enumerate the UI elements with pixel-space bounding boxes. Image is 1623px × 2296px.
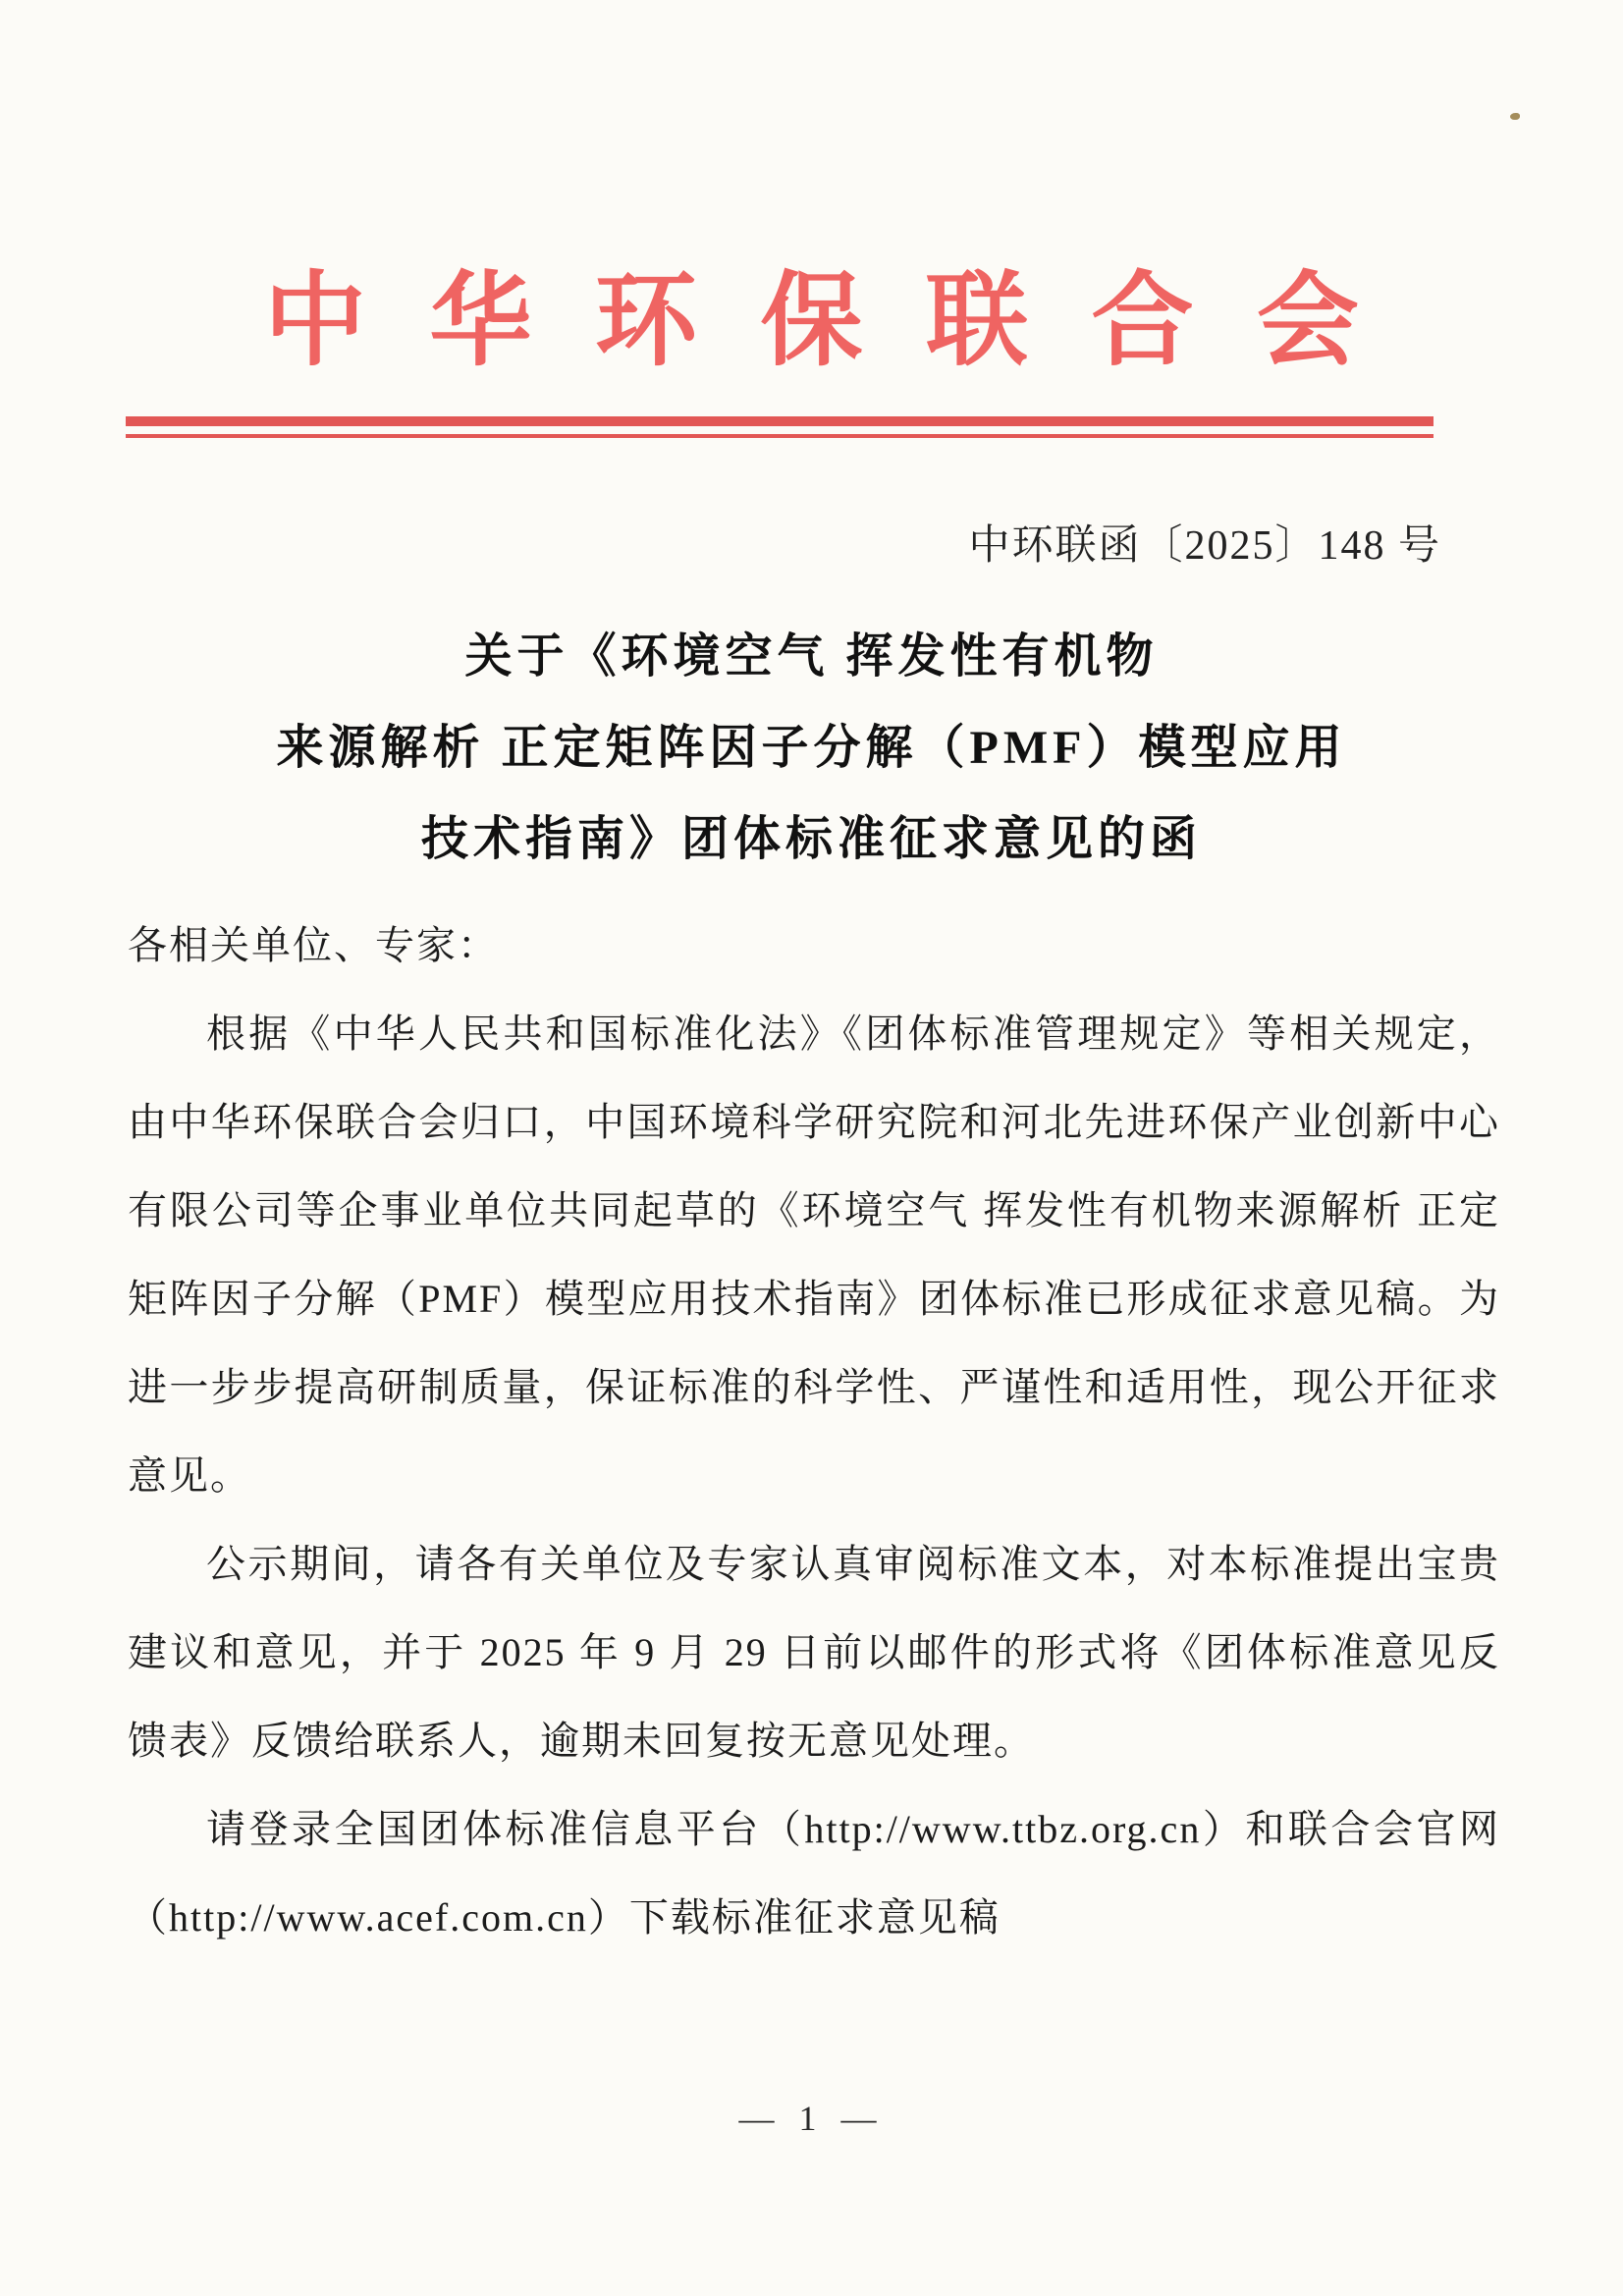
document-title: 关于《环境空气 挥发性有机物 来源解析 正定矩阵因子分解（PMF）模型应用 技术… — [0, 611, 1623, 885]
document-title-line-1: 关于《环境空气 挥发性有机物 — [0, 611, 1623, 702]
letterhead-org-name: 中华环保联合会 — [0, 263, 1623, 381]
salutation: 各相关单位、专家： — [128, 902, 1500, 990]
body-paragraph-3: 请登录全国团体标准信息平台（http://www.ttbz.org.cn）和联合… — [128, 1785, 1500, 1962]
letterhead-rule-thick — [126, 416, 1434, 426]
body-paragraph-2: 公示期间，请各有关单位及专家认真审阅标准文本，对本标准提出宝贵建议和意见，并于 … — [128, 1520, 1500, 1785]
letter-body: 各相关单位、专家： 根据《中华人民共和国标准化法》《团体标准管理规定》等相关规定… — [128, 902, 1500, 1962]
document-number: 中环联函〔2025〕148 号 — [968, 513, 1441, 572]
scan-artifact — [1510, 113, 1520, 120]
document-title-line-2: 来源解析 正定矩阵因子分解（PMF）模型应用 — [0, 702, 1623, 793]
scanned-letter-page: 中华环保联合会 中环联函〔2025〕148 号 关于《环境空气 挥发性有机物 来… — [0, 0, 1623, 2296]
page-number: — 1 — — [0, 2098, 1623, 2139]
letterhead-rule-thin — [126, 434, 1434, 438]
document-title-line-3: 技术指南》团体标准征求意见的函 — [0, 793, 1623, 885]
body-paragraph-1: 根据《中华人民共和国标准化法》《团体标准管理规定》等相关规定，由中华环保联合会归… — [128, 990, 1500, 1520]
